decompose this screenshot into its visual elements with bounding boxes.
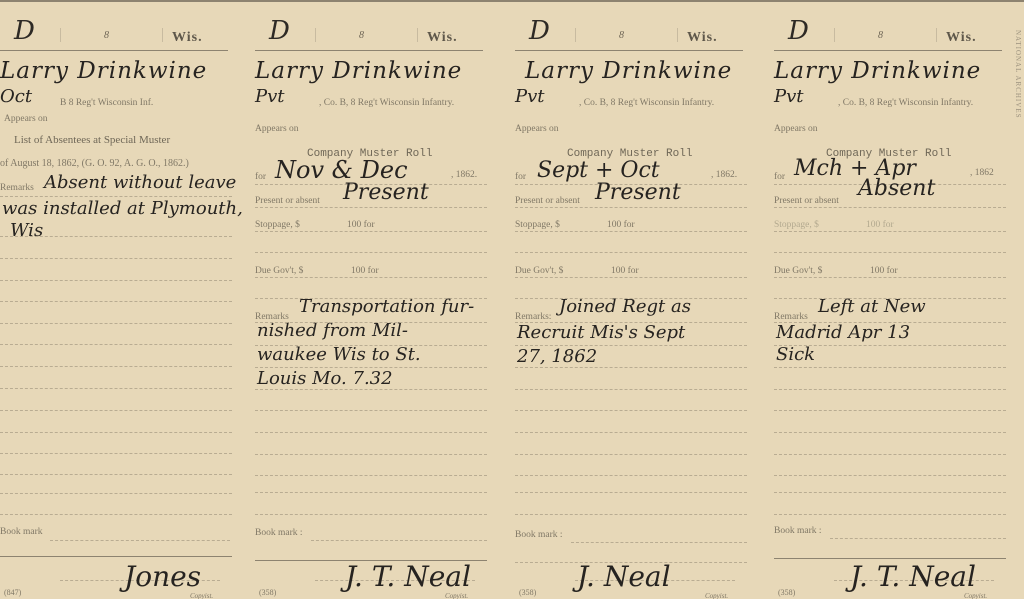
soldier-name: Larry Drinkwine <box>255 58 462 84</box>
header-rule <box>515 50 743 51</box>
ruled-line <box>515 454 747 455</box>
card-header: D 8 Wis. <box>0 18 236 50</box>
ruled-line <box>515 277 747 278</box>
ruled-line <box>0 556 232 557</box>
copyist-label: Copyist. <box>705 592 728 599</box>
ruled-line <box>255 389 487 390</box>
form-number: (847) <box>4 588 21 597</box>
unit-line: , Co. B, 8 Reg't Wisconsin Infantry. <box>319 98 454 108</box>
company-letter: D <box>14 16 35 46</box>
stoppage-for-label: 100 for <box>866 220 894 230</box>
copyist-label: Copyist. <box>964 592 987 599</box>
header-divider <box>60 28 61 42</box>
ruled-line <box>515 492 747 493</box>
ruled-line <box>0 301 232 302</box>
header-divider <box>417 28 418 42</box>
soldier-name: Larry Drinkwine <box>0 58 207 84</box>
ruled-line <box>774 252 1006 253</box>
ruled-line <box>774 432 1006 433</box>
book-mark-label: Book mark : <box>774 526 822 536</box>
state-label: Wis. <box>946 30 977 46</box>
remarks-line-3: Wis <box>10 220 43 242</box>
ruled-line <box>515 514 747 515</box>
ruled-line <box>255 475 487 476</box>
ruled-line <box>774 389 1006 390</box>
ruled-line <box>0 432 232 433</box>
company-letter: D <box>788 16 809 46</box>
ruled-line <box>515 322 747 323</box>
regiment-number: 8 <box>104 30 109 41</box>
header-rule <box>0 50 228 51</box>
ruled-line <box>774 558 1006 559</box>
ruled-line <box>774 475 1006 476</box>
ruled-line <box>515 475 747 476</box>
state-label: Wis. <box>172 30 203 46</box>
service-card-1: D 8 Wis. Larry Drinkwine Oct B 8 Reg't W… <box>0 0 240 599</box>
present-absent-value: Absent <box>858 176 935 201</box>
ruled-line <box>774 322 1006 323</box>
ruled-line <box>0 196 232 197</box>
ruled-line <box>255 367 487 368</box>
remarks-line-2: nished from Mil- <box>257 320 408 342</box>
ruled-line <box>515 432 747 433</box>
remarks-line-3: 27, 1862 <box>517 346 597 368</box>
card-header: D 8 Wis. <box>255 18 491 50</box>
ruled-line <box>571 542 747 543</box>
ruled-line <box>0 453 232 454</box>
archives-side-label: NATIONAL ARCHIVES <box>1014 30 1022 119</box>
present-absent-label: Present or absent <box>255 196 320 206</box>
remarks-label: Remarks <box>0 183 34 193</box>
ruled-line <box>774 492 1006 493</box>
copyist-signature: Jones <box>124 560 201 593</box>
service-card-4: D 8 Wis. Larry Drinkwine Pvt , Co. B, 8 … <box>774 0 1014 599</box>
ruled-line <box>0 388 232 389</box>
soldier-name: Larry Drinkwine <box>774 58 981 84</box>
ruled-line <box>255 322 487 323</box>
company-letter: D <box>529 16 550 46</box>
stoppage-label: Stoppage, $ <box>515 220 560 230</box>
card-header: D 8 Wis. <box>515 18 751 50</box>
ruled-line <box>0 474 232 475</box>
ruled-line <box>515 231 747 232</box>
ruled-line <box>255 252 487 253</box>
unit-line: , Co. B, 8 Reg't Wisconsin Infantry. <box>838 98 973 108</box>
form-number: (358) <box>519 588 536 597</box>
ruled-line <box>0 258 232 259</box>
header-rule <box>255 50 483 51</box>
ruled-line <box>830 538 1006 539</box>
ruled-line <box>255 492 487 493</box>
appears-on-label: Appears on <box>255 124 299 134</box>
ruled-line <box>255 231 487 232</box>
book-mark-label: Book mark : <box>515 530 563 540</box>
unit-line: , Co. B, 8 Reg't Wisconsin Infantry. <box>579 98 714 108</box>
year-label: , 1862 <box>970 168 994 178</box>
service-card-3: D 8 Wis. Larry Drinkwine Pvt , Co. B, 8 … <box>515 0 755 599</box>
service-card-2: D 8 Wis. Larry Drinkwine Pvt , Co. B, 8 … <box>255 0 495 599</box>
copyist-label: Copyist. <box>190 592 213 599</box>
present-absent-value: Present <box>343 180 429 205</box>
due-govt-for-label: 100 for <box>351 266 379 276</box>
header-divider <box>677 28 678 42</box>
ruled-line <box>0 280 232 281</box>
ruled-line <box>0 323 232 324</box>
unit-line: B 8 Reg't Wisconsin Inf. <box>60 98 153 108</box>
remarks-line-1: Absent without leave <box>44 172 236 194</box>
remarks-line-2: Madrid Apr 13 <box>776 322 910 344</box>
ruled-line <box>774 231 1006 232</box>
ruled-line <box>0 493 232 494</box>
ruled-line <box>774 454 1006 455</box>
ruled-line <box>0 236 232 237</box>
ruled-line <box>50 540 230 541</box>
book-mark-label: Book mark : <box>255 528 303 538</box>
ruled-line <box>255 277 487 278</box>
ruled-line <box>515 410 747 411</box>
ruled-line <box>0 344 232 345</box>
appears-on-label: Appears on <box>515 124 559 134</box>
company-letter: D <box>269 16 290 46</box>
header-divider <box>162 28 163 42</box>
stoppage-label: Stoppage, $ <box>255 220 300 230</box>
ruled-line <box>515 345 747 346</box>
state-label: Wis. <box>687 30 718 46</box>
header-rule <box>774 50 1002 51</box>
appears-on-label: Appears on <box>774 124 818 134</box>
remarks-line-2: was installed at Plymouth, <box>2 198 243 220</box>
roll-subtitle: of August 18, 1862, (G. O. 92, A. G. O.,… <box>0 158 189 169</box>
for-label: for <box>774 172 785 182</box>
due-govt-label: Due Gov't, $ <box>255 266 303 276</box>
remarks-line-3: Sick <box>776 344 815 366</box>
present-absent-value: Present <box>595 180 681 205</box>
state-label: Wis. <box>427 30 458 46</box>
header-divider <box>936 28 937 42</box>
stoppage-for-label: 100 for <box>607 220 635 230</box>
present-absent-label: Present or absent <box>515 196 580 206</box>
ruled-line <box>774 277 1006 278</box>
ruled-line <box>515 389 747 390</box>
copyist-signature: J. T. Neal <box>345 560 471 593</box>
remarks-label: Remarks <box>774 312 808 322</box>
for-label: for <box>515 172 526 182</box>
soldier-rank: Oct <box>0 86 32 107</box>
ruled-line <box>311 540 487 541</box>
book-mark-label: Book mark <box>0 527 42 537</box>
ruled-line <box>255 514 487 515</box>
remarks-label: Remarks: <box>515 312 551 322</box>
copyist-signature: J. Neal <box>577 560 671 593</box>
ruled-line <box>255 454 487 455</box>
regiment-number: 8 <box>878 30 883 41</box>
ruled-line <box>515 207 747 208</box>
appears-on-label: Appears on <box>4 114 48 124</box>
ruled-line <box>774 410 1006 411</box>
stoppage-label: Stoppage, $ <box>774 220 819 230</box>
soldier-rank: Pvt <box>515 86 545 107</box>
ruled-line <box>774 345 1006 346</box>
due-govt-label: Due Gov't, $ <box>774 266 822 276</box>
due-govt-label: Due Gov't, $ <box>515 266 563 276</box>
ruled-line <box>255 345 487 346</box>
due-govt-for-label: 100 for <box>870 266 898 276</box>
ruled-line <box>255 207 487 208</box>
due-govt-for-label: 100 for <box>611 266 639 276</box>
ruled-line <box>255 410 487 411</box>
card-header: D 8 Wis. <box>774 18 1010 50</box>
ruled-line <box>774 207 1006 208</box>
for-label: for <box>255 172 266 182</box>
soldier-rank: Pvt <box>255 86 285 107</box>
form-number: (358) <box>778 588 795 597</box>
regiment-number: 8 <box>359 30 364 41</box>
header-divider <box>575 28 576 42</box>
remarks-line-1: Left at New <box>818 296 926 318</box>
ruled-line <box>515 252 747 253</box>
remarks-line-4: Louis Mo. 7.32 <box>257 368 393 390</box>
remarks-line-1: Joined Regt as <box>559 296 691 318</box>
form-number: (358) <box>259 588 276 597</box>
year-label: , 1862. <box>711 170 737 180</box>
remarks-line-1: Transportation fur- <box>299 296 474 318</box>
ruled-line <box>774 367 1006 368</box>
remarks-line-3: waukee Wis to St. <box>257 344 421 366</box>
ruled-line <box>0 366 232 367</box>
stoppage-for-label: 100 for <box>347 220 375 230</box>
copyist-signature: J. T. Neal <box>850 560 976 593</box>
ruled-line <box>774 514 1006 515</box>
header-divider <box>834 28 835 42</box>
present-absent-label: Present or absent <box>774 196 839 206</box>
ruled-line <box>515 367 747 368</box>
header-divider <box>315 28 316 42</box>
copyist-label: Copyist. <box>445 592 468 599</box>
soldier-rank: Pvt <box>774 86 804 107</box>
remarks-line-2: Recruit Mis's Sept <box>517 322 685 344</box>
regiment-number: 8 <box>619 30 624 41</box>
ruled-line <box>255 432 487 433</box>
ruled-line <box>0 514 232 515</box>
ruled-line <box>0 410 232 411</box>
roll-title: List of Absentees at Special Muster <box>14 134 170 146</box>
soldier-name: Larry Drinkwine <box>525 58 732 84</box>
year-label: , 1862. <box>451 170 477 180</box>
